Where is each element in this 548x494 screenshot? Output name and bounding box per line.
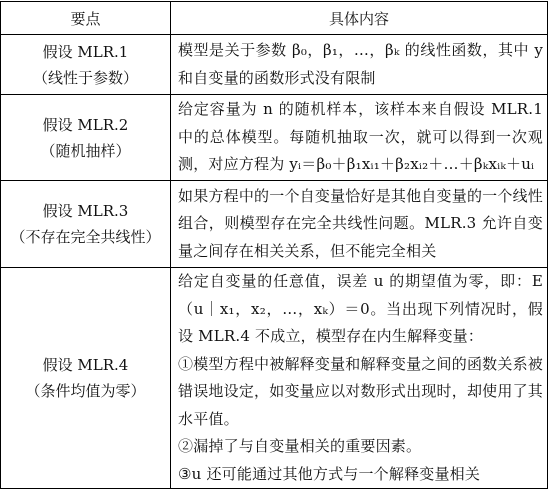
content-paragraph: 如果方程中的一个自变量恰好是其他自变量的一个线性组合，则模型存在完全共线性问题。…	[178, 183, 543, 266]
table-row: 假设 MLR.4 （条件均值为零） 给定自变量的任意值，误差 u 的期望值为零，…	[1, 268, 548, 489]
assumption-label-cell: 假设 MLR.1 （线性于参数）	[1, 35, 171, 95]
content-list-item-2: ②漏掉了与自变量相关的重要因素。	[178, 433, 543, 461]
table-row: 假设 MLR.1 （线性于参数） 模型是关于参数 β₀，β₁，…，βₖ 的线性函…	[1, 35, 548, 95]
assumption-label-cell: 假设 MLR.4 （条件均值为零）	[1, 268, 171, 489]
assumption-name: 假设 MLR.1	[1, 39, 170, 65]
assumption-subtitle: （线性于参数）	[1, 65, 170, 91]
table-header-row: 要点 具体内容	[1, 2, 548, 35]
assumption-content-cell: 如果方程中的一个自变量恰好是其他自变量的一个线性组合，则模型存在完全共线性问题。…	[171, 181, 548, 268]
table-row: 假设 MLR.3 （不存在完全共线性） 如果方程中的一个自变量恰好是其他自变量的…	[1, 181, 548, 268]
assumption-subtitle: （随机抽样）	[1, 138, 170, 164]
assumption-name: 假设 MLR.4	[1, 352, 170, 378]
content-paragraph: 给定容量为 n 的随机样本，该样本来自假设 MLR.1 中的总体模型。每随机抽取…	[178, 96, 543, 179]
assumption-name: 假设 MLR.3	[1, 198, 170, 224]
content-paragraph: 模型是关于参数 β₀，β₁，…，βₖ 的线性函数，其中 y 和自变量的函数形式没…	[178, 37, 543, 92]
assumptions-table: 要点 具体内容 假设 MLR.1 （线性于参数） 模型是关于参数 β₀，β₁，……	[0, 1, 548, 489]
assumption-name: 假设 MLR.2	[1, 112, 170, 138]
assumption-content-cell: 给定自变量的任意值，误差 u 的期望值为零，即：E（u｜x₁，x₂，…，xₖ）＝…	[171, 268, 548, 489]
content-paragraph: 给定自变量的任意值，误差 u 的期望值为零，即：E（u｜x₁，x₂，…，xₖ）＝…	[178, 268, 543, 351]
assumption-subtitle: （不存在完全共线性）	[1, 224, 170, 250]
header-key-points: 要点	[1, 2, 171, 35]
assumption-label-cell: 假设 MLR.3 （不存在完全共线性）	[1, 181, 171, 268]
assumption-content-cell: 给定容量为 n 的随机样本，该样本来自假设 MLR.1 中的总体模型。每随机抽取…	[171, 95, 548, 181]
content-list-item-1: ①模型方程中被解释变量和解释变量之间的函数关系被错误地设定，如变量应以对数形式出…	[178, 351, 543, 434]
assumption-content-cell: 模型是关于参数 β₀，β₁，…，βₖ 的线性函数，其中 y 和自变量的函数形式没…	[171, 35, 548, 95]
assumption-subtitle: （条件均值为零）	[1, 378, 170, 404]
assumption-label-cell: 假设 MLR.2 （随机抽样）	[1, 95, 171, 181]
content-list-item-3: ③u 还可能通过其他方式与一个解释变量相关	[178, 461, 543, 489]
table-row: 假设 MLR.2 （随机抽样） 给定容量为 n 的随机样本，该样本来自假设 ML…	[1, 95, 548, 181]
header-details: 具体内容	[171, 2, 548, 35]
